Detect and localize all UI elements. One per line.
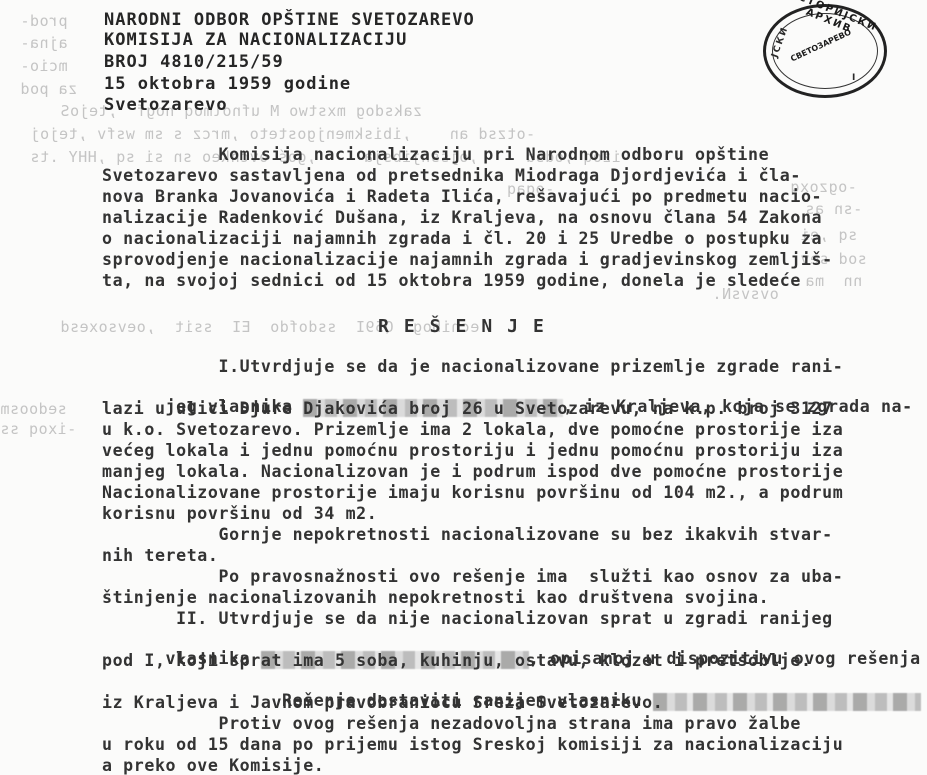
section-line: lazi u ulici Djure Djakovića broj 26 u S… (102, 399, 833, 418)
preamble-line: nalizacije Radenković Dušana, iz Kraljev… (102, 208, 822, 227)
section-line: nih tereta. (102, 546, 219, 565)
scanned-document-page: prod- ajna- mcio- za pod zaksdog mxstwo … (0, 0, 927, 775)
preamble-line: nova Branka Jovanovića i Radeta Ilića, r… (102, 187, 822, 206)
section-line: u k.o. Svetozarevo. Prizemlje ima 2 loka… (102, 420, 843, 439)
header-commission: KOMISIJA ZA NACIONALIZACIJU (104, 30, 407, 50)
header-institution: NARODNI ODBOR OPŠTINE SVETOZAREVO (104, 10, 475, 30)
section-line: većeg lokala i jednu pomoćnu prostoriju … (102, 441, 843, 460)
section-line: pod I, koji sprat ima 5 soba, kuhinju, o… (102, 651, 812, 670)
section-line: u roku od 15 dana po prijemu istog Sresk… (102, 735, 843, 754)
section-line: II. Utvrdjuje se da nije nacionalizovan … (102, 609, 833, 628)
bleed-through-text: sedoosm (0, 400, 67, 418)
section-line: a preko ove Komisije. (102, 756, 324, 775)
decision-title: REŠENJE (378, 316, 559, 337)
archive-stamp: ИСТОРИЈСКИ АРХИВ ЈСКИ СВЕТОЗАРЕВО I (763, 4, 887, 98)
preamble-line: Svetozarevo sastavljena od pretsednika M… (102, 166, 801, 185)
redacted-owner-name (653, 693, 921, 711)
preamble-line: Komisija nacionalizaciju pri Narodnom od… (102, 145, 769, 164)
preamble-line: sprovodjenje nacionalizacije najamnih zg… (102, 250, 833, 269)
section-line: korisnu površinu od 34 m2. (102, 504, 377, 523)
section-line: Gornje nepokretnosti nacionalizovane su … (102, 525, 833, 544)
section-line: Po pravosnažnosti ovo rešenje ima služti… (102, 567, 843, 586)
header-place: Svetozarevo (104, 95, 228, 115)
stamp-mark: I (852, 73, 855, 83)
bleed-through-text: -ixoq ss (0, 420, 76, 438)
section-line: Nacionalizovane prostorije imaju korisnu… (102, 483, 843, 502)
bleed-through-text: nn ma (805, 272, 862, 290)
section-line: manjeg lokala. Nacionalizovan je i podru… (102, 462, 843, 481)
preamble-line: o nacionalizaciji najamnih zgrada i čl. … (102, 229, 822, 248)
header-date: 15 oktobra 1959 godine (104, 74, 351, 94)
section-line: Protiv ovog rešenja nezadovoljna strana … (102, 714, 801, 733)
section-line: iz Kraljeva i Javnom pravobraniocu Sreza… (102, 693, 663, 712)
preamble-line: ta, na svojoj sednici od 15 oktobra 1959… (102, 271, 801, 290)
section-line: I.Utvrdjuje se da je nacionalizovane pri… (102, 357, 843, 376)
section-line: štinjenje nacionalizovanih nepokretnosti… (102, 588, 769, 607)
bleed-through-text: -otzsd an ,ibiskmenjgosteto ,mrcz s sm w… (30, 125, 535, 143)
header-reference-number: BROJ 4810/215/59 (104, 52, 284, 72)
